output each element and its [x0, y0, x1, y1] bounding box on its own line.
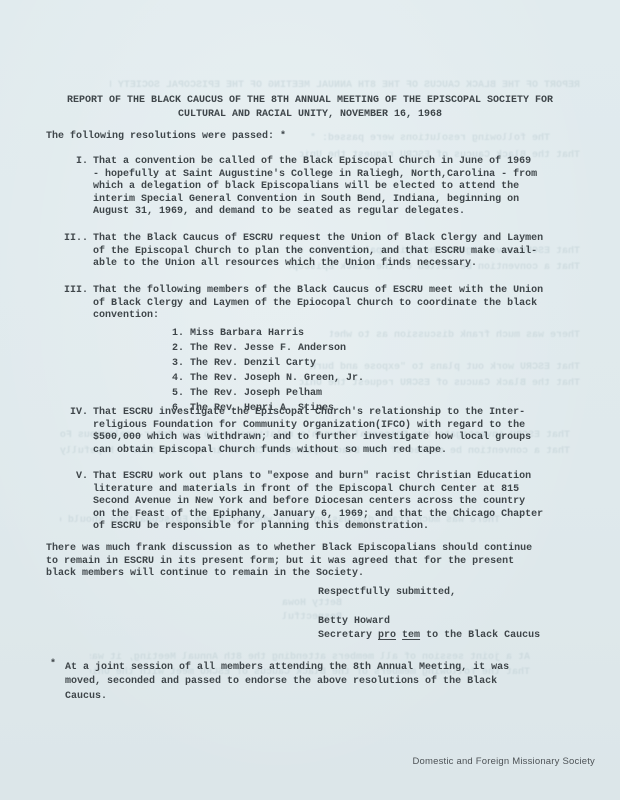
member-item: 1.Miss Barbara Harris	[172, 326, 586, 341]
member-number: 1.	[172, 328, 184, 339]
resolution-numeral: IV.	[46, 407, 88, 418]
role-pro: pro	[378, 630, 396, 641]
resolution-text: That the following members of the Black …	[93, 285, 573, 323]
role-suffix: to the Black Caucus	[420, 630, 540, 641]
member-number: 2.	[172, 343, 184, 354]
members-list: 1.Miss Barbara Harris2.The Rev. Jesse F.…	[172, 326, 586, 416]
resolution-item: III.That the following members of the Bl…	[46, 285, 586, 416]
archive-watermark: Domestic and Foreign Missionary Society	[412, 756, 595, 767]
member-item: 3.The Rev. Denzil Carty	[172, 356, 586, 371]
resolution-text: That ESCRU investigate the Episcopal Chu…	[93, 407, 573, 457]
member-name: The Rev. Jesse F. Anderson	[190, 343, 346, 354]
role-prefix: Secretary	[318, 630, 378, 641]
resolution-item: II..That the Black Caucus of ESCRU reque…	[46, 233, 586, 271]
member-item: 2.The Rev. Jesse F. Anderson	[172, 341, 586, 356]
role-tem: tem	[402, 630, 420, 641]
resolution-text: That ESCRU work out plans to "expose and…	[93, 471, 573, 534]
footnote-asterisk: *	[50, 659, 56, 670]
member-number: 3.	[172, 358, 184, 369]
member-item: 4.The Rev. Joseph N. Green, Jr.	[172, 371, 586, 386]
member-name: The Rev. Joseph N. Green, Jr.	[190, 373, 364, 384]
signature-role: Secretary pro tem to the Black Caucus	[318, 629, 540, 643]
resolution-numeral: I.	[46, 156, 88, 167]
signature-block: Respectfully submitted, Betty Howard Sec…	[318, 586, 540, 643]
signature-name: Betty Howard	[318, 615, 540, 629]
closing-paragraph: There was much frank discussion as to wh…	[46, 543, 586, 581]
resolution-text: That the Black Caucus of ESCRU request t…	[93, 233, 573, 271]
footnote: * At a joint session of all members atte…	[46, 661, 586, 704]
member-name: Miss Barbara Harris	[190, 328, 304, 339]
scanned-document-page: REPORT OF THE BLACK CAUCUS OF THE 8TH AN…	[0, 0, 620, 800]
resolution-text: That a convention be called of the Black…	[93, 156, 573, 219]
resolution-numeral: II..	[46, 233, 88, 244]
resolution-item: I.That a convention be called of the Bla…	[46, 156, 586, 219]
member-item: 5.The Rev. Joseph Pelham	[172, 386, 586, 401]
member-name: The Rev. Joseph Pelham	[190, 388, 322, 399]
footnote-text: At a joint session of all members attend…	[65, 661, 565, 704]
signature-salutation: Respectfully submitted,	[318, 586, 540, 600]
member-number: 5.	[172, 388, 184, 399]
member-name: The Rev. Denzil Carty	[190, 358, 316, 369]
member-number: 4.	[172, 373, 184, 384]
resolution-numeral: V.	[46, 471, 88, 482]
resolution-item: IV.That ESCRU investigate the Episcopal …	[46, 407, 586, 457]
resolution-item: V.That ESCRU work out plans to "expose a…	[46, 471, 586, 534]
resolution-numeral: III.	[46, 285, 88, 296]
